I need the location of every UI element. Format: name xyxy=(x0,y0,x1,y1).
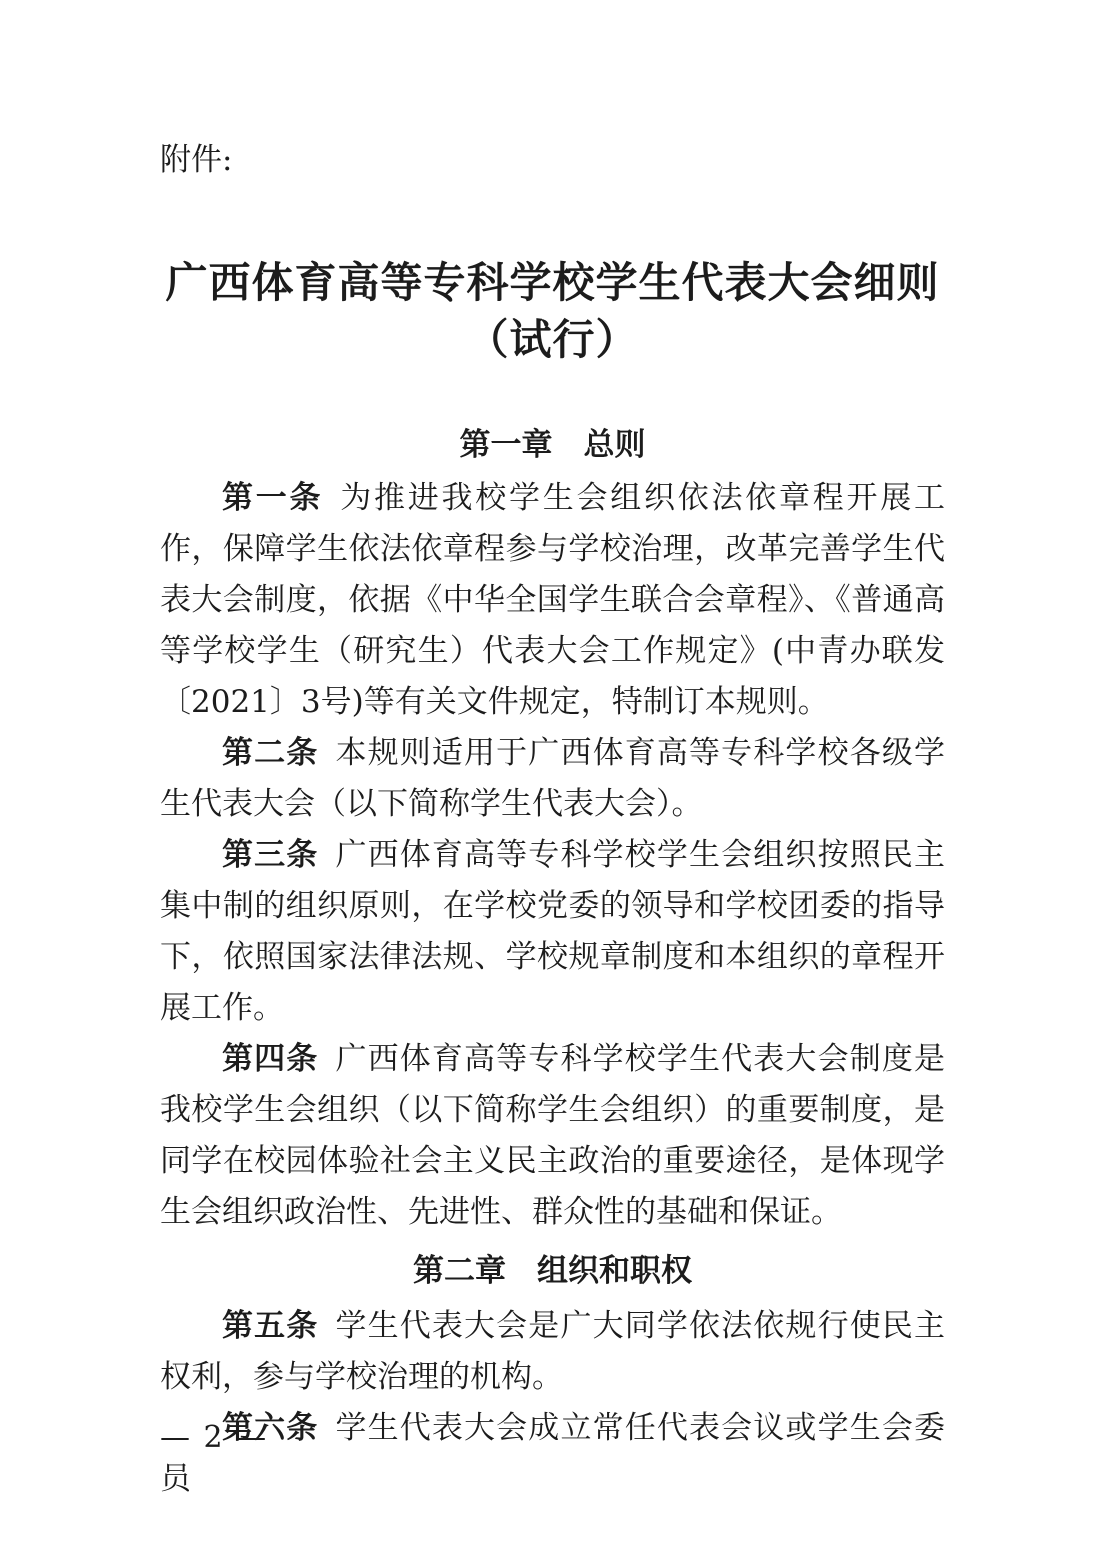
article-1-text: 为推进我校学生会组织依法依章程开展工作，保障学生依法依章程参与学校治理，改革完善… xyxy=(160,480,945,720)
attachment-label: 附件: xyxy=(160,135,945,186)
document-page: 附件: 广西体育高等专科学校学生代表大会细则 （试行） 第一章总则 第一条为推进… xyxy=(0,0,1102,1559)
document-title-line-1: 广西体育高等专科学校学生代表大会细则 xyxy=(160,254,945,311)
chapter-2-number: 第二章 xyxy=(413,1253,506,1289)
article-3: 第三条广西体育高等专科学校学生会组织按照民主集中制的组织原则，在学校党委的领导和… xyxy=(160,830,945,1034)
chapter-2-heading: 第二章组织和职权 xyxy=(160,1246,945,1297)
article-2: 第二条本规则适用于广西体育高等专科学校各级学生代表大会（以下简称学生代表大会）。 xyxy=(160,728,945,830)
article-1: 第一条为推进我校学生会组织依法依章程开展工作，保障学生依法依章程参与学校治理，改… xyxy=(160,473,945,728)
article-2-number: 第二条 xyxy=(222,735,318,771)
chapter-1-heading: 第一章总则 xyxy=(160,420,945,471)
document-title: 广西体育高等专科学校学生代表大会细则 （试行） xyxy=(160,254,945,368)
article-3-number: 第三条 xyxy=(222,837,318,873)
article-5: 第五条学生代表大会是广大同学依法依规行使民主权利，参与学校治理的机构。 xyxy=(160,1301,945,1403)
article-6: 第六条学生代表大会成立常任代表会议或学生会委员 xyxy=(160,1403,945,1505)
document-title-line-2: （试行） xyxy=(160,311,945,368)
article-1-number: 第一条 xyxy=(222,480,323,516)
chapter-2-title: 组织和职权 xyxy=(537,1253,692,1289)
page-number: — 2 — xyxy=(160,1418,268,1458)
article-4: 第四条广西体育高等专科学校学生代表大会制度是我校学生会组织（以下简称学生会组织）… xyxy=(160,1034,945,1238)
article-5-number: 第五条 xyxy=(222,1308,318,1344)
chapter-1-number: 第一章 xyxy=(460,427,553,463)
article-4-number: 第四条 xyxy=(222,1041,318,1077)
chapter-1-title: 总则 xyxy=(584,427,646,463)
